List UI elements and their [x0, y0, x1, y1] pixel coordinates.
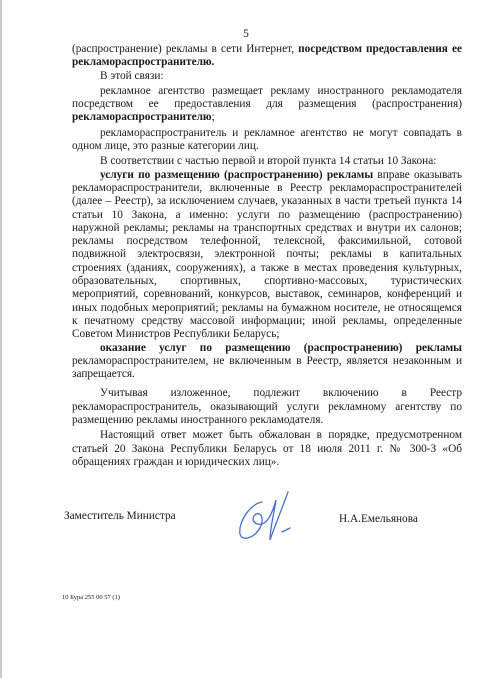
signatory-title: Заместитель Министра: [64, 510, 176, 522]
text-run: рекламораспространителем, не включенным …: [72, 355, 462, 380]
paragraph-0: (распространение) рекламы в сети Интерне…: [72, 43, 462, 70]
text-run: ;: [212, 111, 215, 123]
paragraph-4: В соответствии с частью первой и второй …: [72, 155, 462, 168]
page-number: 5: [2, 28, 480, 40]
footer-code: 10 Бура 255 00 57 (1): [62, 594, 120, 601]
paragraph-6: оказание услуг по размещению (распростра…: [72, 342, 462, 382]
text-run: (распространение) рекламы в сети Интерне…: [72, 43, 298, 55]
paragraph-5: услуги по размещению (распространению) р…: [72, 169, 462, 342]
text-run: рекламораспространитель и рекламное аген…: [72, 127, 462, 152]
paragraph-8: Настоящий ответ может быть обжалован в п…: [72, 429, 462, 469]
text-run: В соответствии с частью первой и второй …: [100, 155, 436, 167]
signature-block: Заместитель Министра Н.А.Емельянова: [64, 500, 464, 560]
document-page: 5 (распространение) рекламы в сети Интер…: [0, 0, 480, 678]
text-run-bold: услуги по размещению (распространению) р…: [100, 169, 373, 181]
paragraph-7: Учитывая изложенное, подлежит включению …: [72, 387, 462, 427]
text-run-bold: оказание услуг по размещению (распростра…: [100, 342, 462, 354]
signatory-name: Н.А.Емельянова: [339, 513, 418, 525]
paragraph-3: рекламораспространитель и рекламное аген…: [72, 127, 462, 154]
handwritten-signature-icon: [232, 488, 302, 548]
text-run: рекламное агентство размещает рекламу ин…: [72, 85, 462, 110]
paragraph-2: рекламное агентство размещает рекламу ин…: [72, 85, 462, 125]
text-run: Настоящий ответ может быть обжалован в п…: [72, 429, 462, 468]
text-run: вправе оказывать рекламораспространители…: [72, 169, 462, 341]
paragraph-1: В этой связи:: [72, 70, 462, 83]
text-run: В этой связи:: [100, 70, 164, 82]
document-body: (распространение) рекламы в сети Интерне…: [72, 43, 462, 469]
text-run-bold: рекламораспространителю: [72, 111, 212, 123]
text-run: Учитывая изложенное, подлежит включению …: [72, 387, 462, 426]
